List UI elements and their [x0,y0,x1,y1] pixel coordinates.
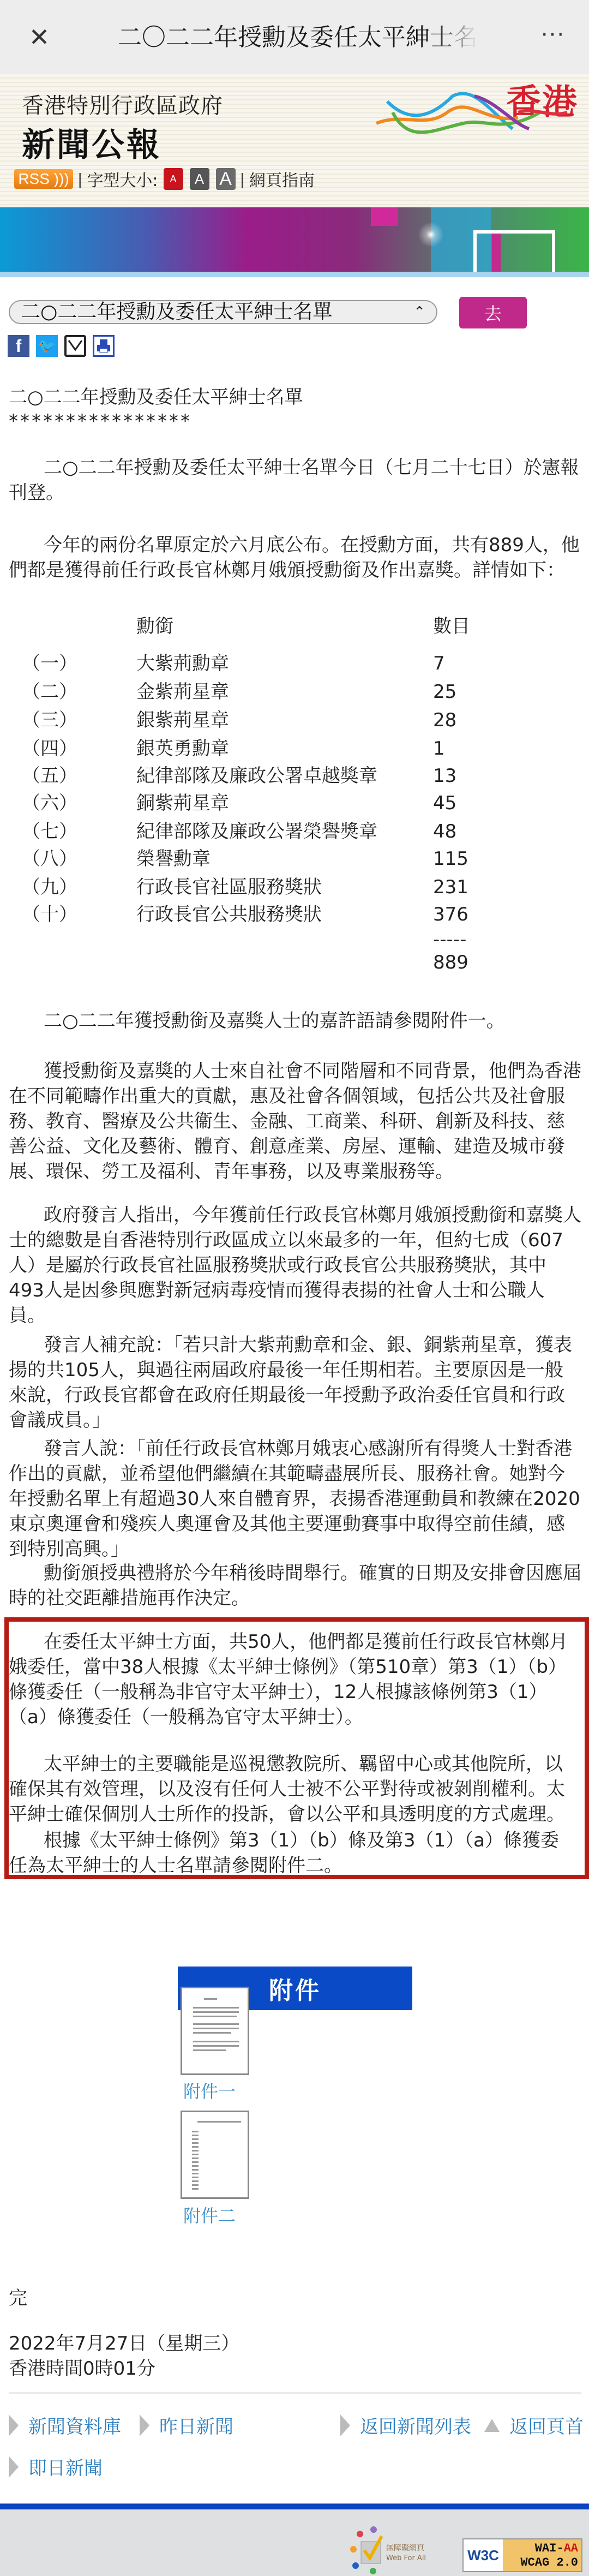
attachment-1-link[interactable]: 附件一 [183,2078,236,2103]
paragraph-9: 在委任太平紳士方面，共50人，他們都是獲前任行政長官林鄭月娥委任，當中38人根據… [9,1629,576,1730]
row-number: （六） [22,792,77,814]
row-title: 銀紫荊星章 [136,709,229,731]
web-guide-link[interactable]: 網頁指南 [249,167,315,191]
table-row: （六） 銅紫荊星章 45 [0,792,589,814]
arrow-right-icon [140,2414,149,2436]
select-value: 二○二二年授勳及委任太平紳士名單 [21,301,332,323]
link-label: 返回頁首 [509,2412,584,2438]
row-title: 金紫荊星章 [136,681,229,703]
table-header: 勳銜 數目 [0,615,589,637]
release-date: 2022年7月27日（星期三） [9,2331,239,2356]
web-for-all-badge[interactable]: 無障礙網頁 Web For All [349,2526,436,2575]
w3c-wcag-badge[interactable]: W3C WAI-AA WCAG 2.0 [462,2538,582,2572]
twitter-icon[interactable]: 🐦 [36,335,58,357]
link-label: 即日新聞 [28,2453,103,2480]
svg-text:無障礙網頁: 無障礙網頁 [386,2544,425,2553]
attachment-1-thumbnail[interactable] [181,1987,249,2075]
banner-decoration [371,207,398,226]
paragraph-2: 今年的兩份名單原定於六月底公布。在授勳方面，共有889人，他們都是獲得前任行政長… [9,533,581,583]
row-title: 紀律部隊及廉政公署卓越獎章 [136,765,377,787]
news-archive-link[interactable]: 新聞資料庫 [9,2412,121,2438]
sparkle-icon [414,218,447,251]
row-title: 大紫荊勳章 [136,653,229,674]
wcag-text: WCAG 2.0 [520,2556,578,2569]
row-title: 銀英勇勳章 [136,738,229,760]
font-size-large-button[interactable]: A [216,168,236,190]
aa-text: AA [564,2542,578,2555]
rss-button[interactable]: RSS ))) [14,169,73,189]
paragraph-4: 獲授勳銜及嘉獎的人士來自社會不同階層和不同背景，他們為香港在不同範疇作出重大的貢… [9,1059,581,1184]
go-button[interactable]: 去 [459,297,527,328]
font-size-label: 字型大小: [87,167,158,191]
font-size-medium-button[interactable]: A [190,168,209,190]
arrow-right-icon [340,2414,350,2436]
table-row: （七） 紀律部隊及廉政公署榮譽獎章 48 [0,821,589,842]
table-row: （四） 銀英勇勳章 1 [0,738,589,760]
row-number: （二） [22,681,77,703]
table-row: （十） 行政長官公共服務獎狀 376 [0,904,589,925]
banner-decoration [473,230,555,272]
font-size-small-button[interactable]: A [164,168,183,190]
row-count: 28 [433,709,456,731]
divider-text: ----- [433,929,466,951]
table-total: 889 [0,952,589,973]
row-number: （十） [22,904,77,925]
link-label: 新聞資料庫 [28,2412,121,2438]
row-number: （九） [22,876,77,898]
link-label: 昨日新聞 [159,2412,233,2438]
article-title: 二○二二年授勳及委任太平紳士名單 [9,385,303,409]
separator: | [240,170,245,188]
email-icon[interactable] [64,335,86,357]
row-title: 榮譽勳章 [136,848,211,870]
release-time: 香港時間0時01分 [9,2356,155,2381]
row-count: 7 [433,653,445,674]
close-icon[interactable]: ✕ [26,24,52,50]
paragraph-7: 發言人說：「前任行政長官林鄭月娥衷心感謝所有得獎人士對香港作出的貢獻，並希望他們… [9,1436,581,1562]
col-count: 數目 [433,615,470,637]
yesterday-news-link[interactable]: 昨日新聞 [140,2412,233,2438]
row-number: （四） [22,738,77,760]
row-number: （三） [22,709,77,731]
article-stars: **************** [9,409,192,433]
banner-decoration [492,234,501,272]
row-title: 銅紫荊星章 [136,792,229,814]
dragon-ribbon-icon [376,91,578,140]
svg-text:Web For All: Web For All [386,2554,426,2562]
footer-divider [0,2503,589,2509]
row-number: （八） [22,848,77,870]
brand-hong-kong-logo: 香港 [376,74,578,138]
table-row: （一） 大紫荊勳章 7 [0,653,589,674]
attachment-2-link[interactable]: 附件二 [183,2202,236,2227]
back-to-top-link[interactable]: 返回頁首 [484,2412,584,2438]
arrow-right-icon [9,2414,19,2436]
paragraph-6: 發言人補充說：「若只計大紫荊勳章和金、銀、銅紫荊星章，獲表揚的共105人，與過往… [9,1332,581,1433]
separator: | [77,170,82,188]
org-name: 香港特別行政區政府 [22,88,223,119]
arrow-right-icon [9,2456,19,2478]
table-row: （八） 榮譽勳章 115 [0,848,589,870]
facebook-icon[interactable]: f [8,335,29,357]
col-title: 勳銜 [136,615,173,637]
more-icon[interactable]: ··· [537,24,569,50]
back-to-list-link[interactable]: 返回新聞列表 [340,2412,471,2438]
header-toolbar: RSS ))) | 字型大小: A A A | 網頁指南 [14,168,315,190]
paragraph-3: 二○二二年獲授勳銜及嘉獎人士的嘉許語請參閱附件一。 [9,1008,581,1033]
table-row: （二） 金紫荊星章 25 [0,681,589,703]
wai-text: WAI- [535,2542,564,2555]
row-count: 376 [433,904,468,925]
row-count: 25 [433,681,456,703]
paragraph-5: 政府發言人指出，今年獲前任行政長官林鄭月娥頒授勳銜和嘉獎人士的總數是自香港特別行… [9,1203,581,1328]
row-count: 1 [433,738,445,760]
rss-label: RSS [18,170,50,188]
row-title: 行政長官社區服務獎狀 [136,876,322,898]
row-count: 48 [433,821,456,842]
header-banner [0,207,589,272]
page-title: 二〇二二年授勳及委任太平紳士名單 [118,24,478,51]
press-release-select[interactable]: 二○二二年授勳及委任太平紳士名單 ⌃ [9,300,437,324]
total-count: 889 [433,952,468,973]
table-row: （三） 銀紫荊星章 28 [0,709,589,731]
row-number: （五） [22,765,77,787]
today-news-link[interactable]: 即日新聞 [9,2453,103,2480]
wcag-label: WAI-AA WCAG 2.0 [503,2539,581,2571]
rss-icon: ))) [54,170,69,188]
row-count: 231 [433,876,468,898]
brand-title[interactable]: 新聞公報 [22,119,161,166]
paragraph-10: 太平紳士的主要職能是巡視懲教院所、羈留中心或其他院所，以確保其有效管理，以及沒有… [9,1752,576,1827]
row-number: （七） [22,821,77,842]
w3c-logo: W3C [464,2539,503,2571]
print-icon[interactable] [93,335,115,357]
attachment-2-thumbnail[interactable] [181,2111,249,2199]
row-count: 45 [433,792,456,814]
table-row: （五） 紀律部隊及廉政公署卓越獎章 13 [0,765,589,787]
share-bar: f 🐦 [8,335,115,357]
select-arrows-icon: ⌃ [413,301,425,323]
table-divider: ----- [0,929,589,951]
app-bar: ✕ 二〇二二年授勳及委任太平紳士名單 ··· [0,0,589,74]
end-marker: 完 [9,2283,27,2310]
paragraph-8: 勳銜頒授典禮將於今年稍後時間舉行。確實的日期及安排會因應屆時的社交距離措施再作決… [9,1561,581,1611]
row-count: 115 [433,848,468,870]
paragraph-11: 根據《太平紳士條例》第3（1）（b）條及第3（1）（a）條獲委任為太平紳士的人士… [9,1828,576,1878]
row-count: 13 [433,765,456,787]
table-row: （九） 行政長官社區服務獎狀 231 [0,876,589,898]
paragraph-1: 二○二二年授勳及委任太平紳士名單今日（七月二十七日）於憲報刊登。 [9,455,581,505]
banner-divider [0,272,589,277]
divider [9,2392,581,2394]
arrow-up-icon [484,2419,500,2432]
row-title: 行政長官公共服務獎狀 [136,904,322,925]
row-number: （一） [22,653,77,674]
row-title: 紀律部隊及廉政公署榮譽獎章 [136,821,377,842]
link-label: 返回新聞列表 [360,2412,471,2438]
